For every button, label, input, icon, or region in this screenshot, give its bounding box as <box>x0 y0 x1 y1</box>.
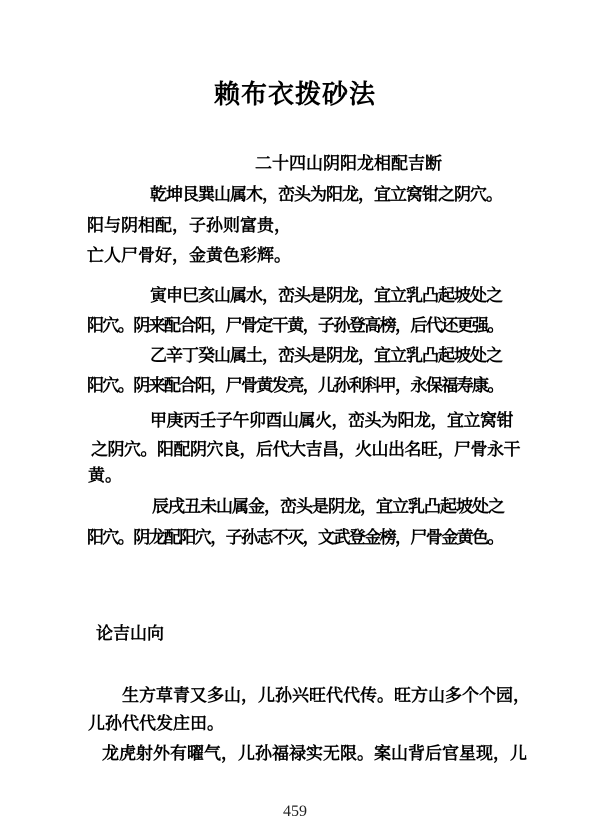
verse-line: 甲庚丙壬子午卯酉山属火，峦头为阳龙，宜立窝钳 <box>150 411 513 431</box>
verse-line: 亡人尸骨好，金黄色彩辉。 <box>87 246 291 266</box>
verse-line: 辰戌丑未山属金，峦头是阴龙，宜立乳凸起坡处之 <box>152 497 504 517</box>
verse-line: 阳穴。阴来配合阳，尸骨定干黄，子孙登高榜，后代还更强。 <box>87 316 503 336</box>
verse-line: 阳穴。阴龙配阳穴，子孙志不灭，文武登金榜，尸骨金黄色。 <box>87 528 503 548</box>
verse-line: 阳穴。阴来配合阳，尸骨黄发亮，儿孙利科甲，永保福寿康。 <box>87 376 503 396</box>
section-one-heading: 二十四山阴阳龙相配吉断 <box>255 149 442 174</box>
document-page: 赖布衣拨砂法 二十四山阴阳龙相配吉断 乾坤艮巽山属木，峦头为阳龙，宜立窝钳之阴穴… <box>0 0 590 838</box>
body-line: 龙虎射外有曜气，儿孙福禄实无限。案山背后官星现，儿 <box>102 744 527 764</box>
verse-line: 乾坤艮巽山属木，峦头为阳龙，宜立窝钳之阴穴。 <box>150 185 502 205</box>
document-title: 赖布衣拨砂法 <box>0 74 590 111</box>
verse-line: 阳与阴相配，子孙则富贵， <box>87 216 291 236</box>
body-line: 儿孙代代发庄田。 <box>88 714 224 734</box>
verse-line: 乙辛丁癸山属土，峦头是阴龙，宜立乳凸起坡处之 <box>150 346 502 366</box>
verse-line: 黄。 <box>88 466 122 486</box>
verse-line: 之阴穴。阳配阴穴良，后代大吉昌，火山出名旺，尸骨永干 <box>91 440 520 460</box>
body-line: 生方草青又多山，儿孙兴旺代代传。旺方山多个个园， <box>122 686 530 706</box>
page-number: 459 <box>0 803 590 821</box>
section-two-heading: 论吉山向 <box>96 619 164 644</box>
verse-line: 寅申巳亥山属水，峦头是阴龙，宜立乳凸起坡处之 <box>150 286 502 306</box>
